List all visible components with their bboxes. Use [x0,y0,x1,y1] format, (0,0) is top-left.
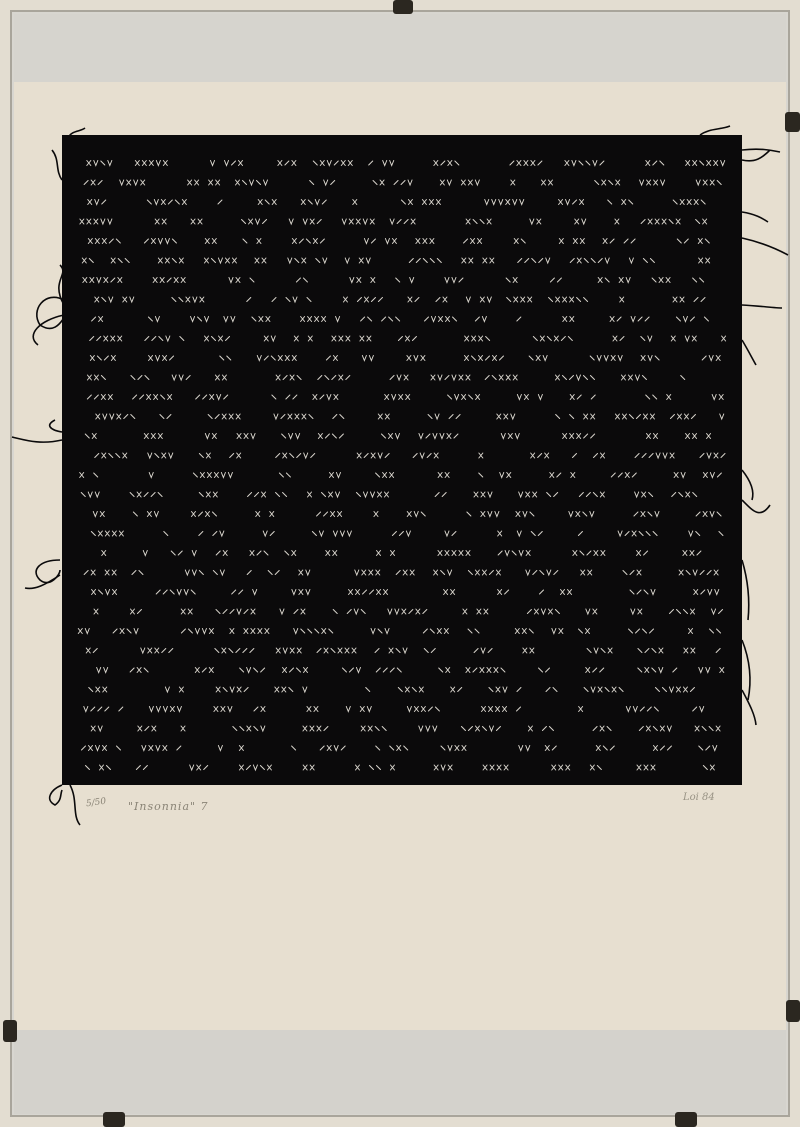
top-mat-board [14,14,786,82]
frame-clip-bottom-right [675,1112,697,1127]
frame-clip-bottom-left [103,1112,125,1127]
frame-clip-right-top [785,112,800,132]
black-fabric-square [62,135,742,785]
bottom-mat-board [14,1030,786,1114]
white-stitch-marks [62,135,742,785]
artist-signature: Loi 84 [683,792,715,803]
picture-frame: 5/50 "Insonnia" 7 Loi 84 [0,0,800,1127]
frame-clip-left-bottom [3,1020,17,1042]
frame-clip-top [393,0,413,14]
artwork-title: "Insonnia" 7 [128,800,209,813]
frame-clip-right-bottom [786,1000,800,1022]
